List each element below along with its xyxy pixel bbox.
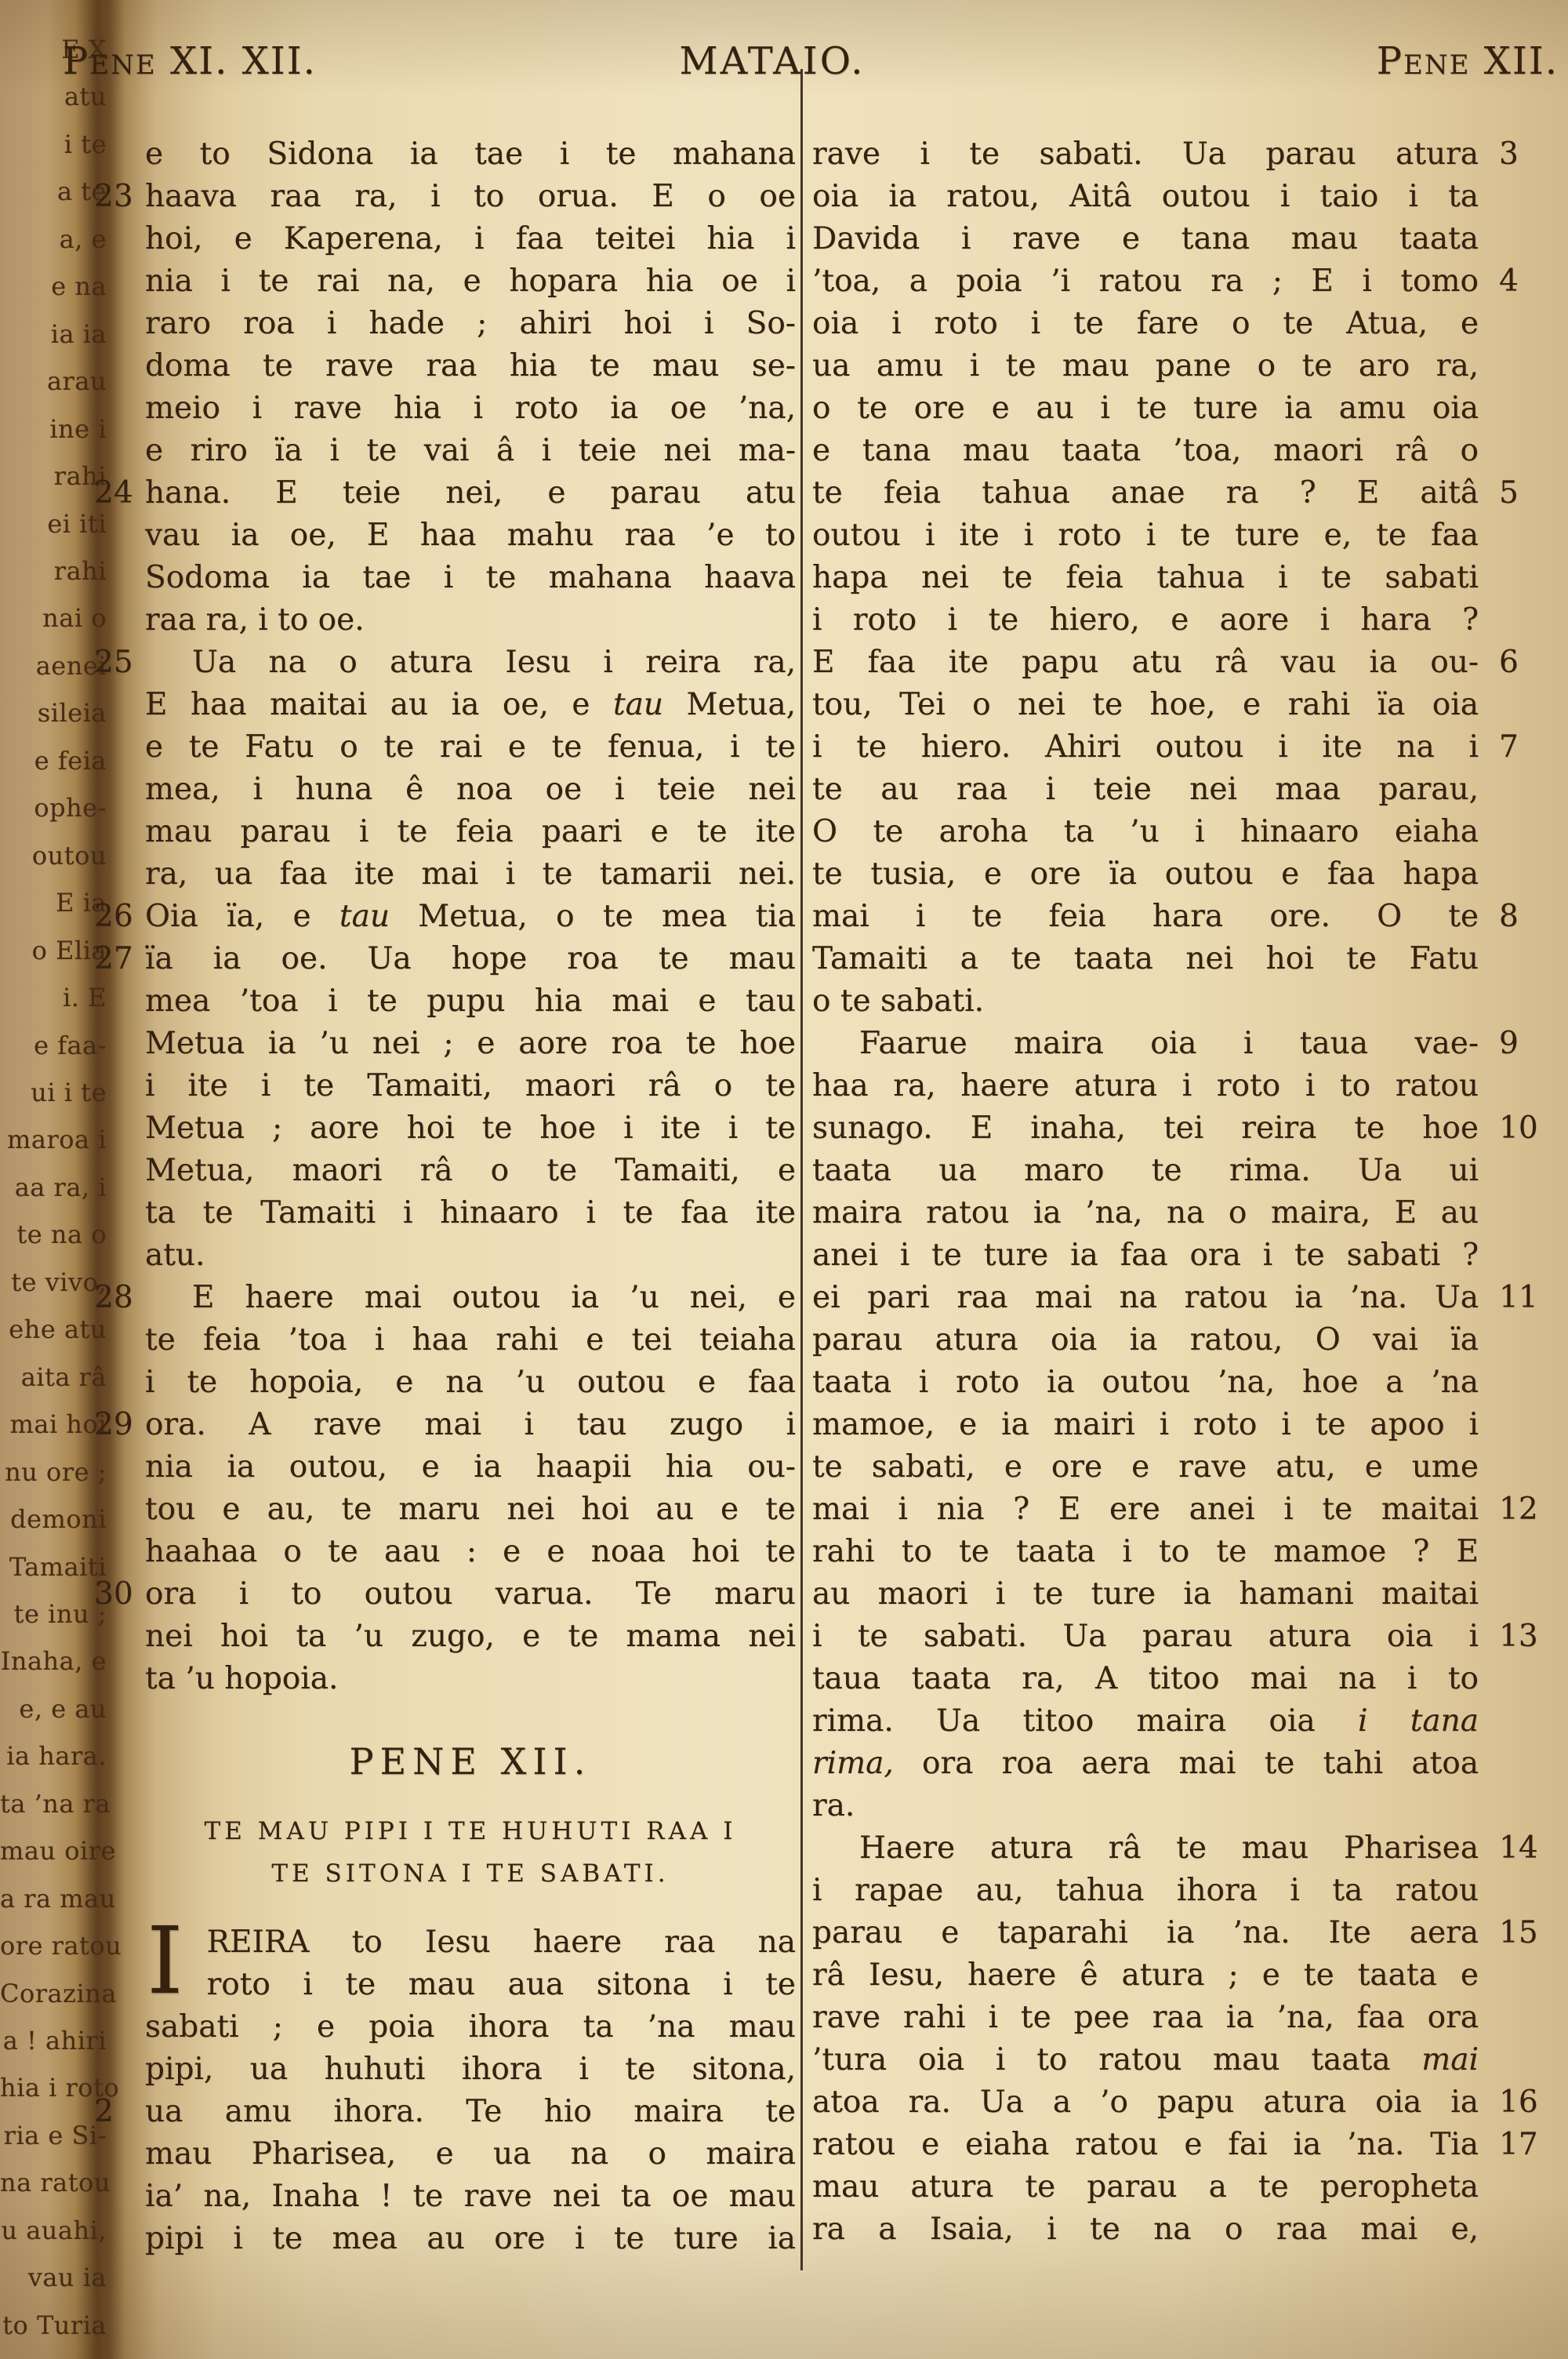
verse-number: 17: [1499, 2124, 1562, 2166]
verse-text: ratou e eiaha ratou e fai ia ’na. Tia: [812, 2127, 1479, 2162]
verse-line: nia ia outou, e ia haapii hia ou-: [145, 1446, 796, 1488]
verse-text: ua amu ihora. Te hio maira te: [145, 2094, 796, 2129]
running-head-center: MATAIO.: [0, 39, 1544, 83]
verse-text: ora i to outou varua. Te maru: [145, 1576, 796, 1612]
verse-number: 26: [94, 896, 133, 938]
verse-text: i ite i te Tamaiti, maori râ o te: [145, 1068, 796, 1103]
verse-number: 16: [1499, 2081, 1562, 2124]
verse-text: Metua,: [663, 687, 796, 722]
verse-number: 23: [94, 176, 133, 218]
verse-line: raro roa i hade ; ahiri hoi i So-: [145, 303, 796, 345]
verse-line: te feia ’toa i haa rahi e tei teiaha: [145, 1319, 796, 1361]
verse-line: Sodoma ia tae i te mahana haava: [145, 557, 796, 599]
verse-text: meio i rave hia i roto ia oe ’na,: [145, 391, 796, 426]
verse-text: sabati ; e poia ihora ta ’na mau: [145, 2009, 796, 2045]
facing-page-text-fragment: e, e au: [0, 1696, 119, 1722]
verse-text: vau ia oe, E haa mahu raa ’e to: [145, 518, 796, 553]
verse-number: 13: [1499, 1616, 1562, 1658]
verse-line: oia i roto i te fare o te Atua, e: [812, 303, 1479, 345]
verse-text: o te ore e au i te ture ia amu oia: [812, 391, 1479, 426]
verse-line: ra, ua faa ite mai i te tamarii nei.: [145, 853, 796, 896]
verse-text: raa ra, i to oe.: [145, 602, 365, 638]
facing-page-text-fragment: sileia: [0, 700, 119, 726]
verse-line: 12mai i nia ? E ere anei i te maitai: [812, 1488, 1479, 1531]
verse-text: atoa ra. Ua a ’o papu atura oia ia: [812, 2085, 1479, 2120]
verse-number: 29: [94, 1404, 133, 1446]
verse-text: ora. A rave mai i tau zugo i: [145, 1407, 796, 1442]
facing-page-text-fragment: ui i te: [0, 1079, 119, 1106]
verse-line: ua amu i te mau pane o te aro ra,: [812, 345, 1479, 387]
verse-line: Davida i rave e tana mau taata: [812, 218, 1479, 260]
verse-number: 9: [1499, 1023, 1562, 1065]
verse-line: meio i rave hia i roto ia oe ’na,: [145, 387, 796, 430]
verse-line: roto i te mau aua sitona i te: [145, 1964, 796, 2006]
right-column: 3rave i te sabati. Ua parau aturaoia ia …: [812, 133, 1479, 2251]
verse-text: Haere atura râ te mau Pharisea: [859, 1830, 1479, 1866]
facing-page-text-fragment: e feia: [0, 747, 119, 774]
verse-text: tou, Tei o nei te hoe, e rahi ïa oia: [812, 687, 1479, 722]
verse-line: 15parau e taparahi ia ’na. Ite aera: [812, 1912, 1479, 1954]
verse-text: mai i nia ? E ere anei i te maitai: [812, 1492, 1479, 1527]
facing-page-text-fragment: a ra mau: [0, 1885, 119, 1912]
verse-text: Ua na o atura Iesu i reira ra,: [192, 645, 796, 680]
facing-page-text-fragment: ia ia: [0, 321, 119, 347]
verse-line: 11ei pari raa mai na ratou ia ’na. Ua: [812, 1277, 1479, 1319]
verse-line: mea, i huna ê noa oe i teie nei: [145, 769, 796, 811]
book-page: E Xatui tea tea, ee naia iaarauine irahi…: [0, 0, 1568, 2359]
verse-line: hapa nei te feia tahua i te sabati: [812, 557, 1479, 599]
verse-line: 13i te sabati. Ua parau atura oia i: [812, 1616, 1479, 1658]
facing-page-text-fragment: i. E: [0, 984, 119, 1011]
verse-text: mai i te feia hara ore. O te: [812, 899, 1479, 934]
verse-line: o te sabati.: [812, 980, 1479, 1023]
verse-line: ra a Isaia, i te na o raa mai e,: [812, 2208, 1479, 2251]
verse-line: mau Pharisea, e ua na o maira: [145, 2133, 796, 2175]
verse-text: nia i te rai na, e hopara hia oe i: [145, 264, 796, 299]
verse-text: rave i te sabati. Ua parau atura: [812, 136, 1479, 172]
verse-text: E faa ite papu atu râ vau ia ou-: [812, 645, 1479, 680]
verse-text: te au raa i teie nei maa parau,: [812, 772, 1479, 807]
verse-text: mau Pharisea, e ua na o maira: [145, 2136, 796, 2172]
italic-text: tau: [339, 899, 390, 934]
verse-line: 28E haere mai outou ia ’u nei, e: [145, 1277, 796, 1319]
facing-page-text-fragment: na ratou: [0, 2169, 119, 2196]
verse-line: râ Iesu, haere ê atura ; e te taata e: [812, 1954, 1479, 1997]
verse-line: tou e au, te maru nei hoi au e te: [145, 1488, 796, 1531]
column-divider-rule: [800, 69, 803, 2270]
verse-number: 3: [1499, 133, 1562, 176]
verse-text: te tusia, e ore ïa outou e faa hapa: [812, 856, 1479, 892]
chapter-title: PENE XII.: [145, 1741, 796, 1782]
verse-text: i roto i te hiero, e aore i hara ?: [812, 602, 1479, 638]
verse-line: 16atoa ra. Ua a ’o papu atura oia ia: [812, 2081, 1479, 2124]
verse-text: taata i roto ia outou ’na, hoe a ’na: [812, 1365, 1479, 1400]
verse-number: 12: [1499, 1488, 1562, 1531]
verse-line: i rapae au, tahua ihora i ta ratou: [812, 1870, 1479, 1912]
verse-text: e te Fatu o te rai e te fenua, i te: [145, 729, 796, 765]
facing-page-text-fragment: mau oire: [0, 1837, 119, 1864]
facing-page-text-fragment: ine i: [0, 416, 119, 442]
verse-text: Metua, maori râ o te Tamaiti, e: [145, 1153, 796, 1188]
verse-text: ua amu i te mau pane o te aro ra,: [812, 348, 1479, 383]
verse-line: 6E faa ite papu atu râ vau ia ou-: [812, 642, 1479, 684]
verse-text: haa ra, haere atura i roto i to ratou: [812, 1068, 1479, 1103]
verse-line: rima, ora roa aera mai te tahi atoa: [812, 1743, 1479, 1785]
italic-text: tau: [613, 687, 663, 722]
verse-line: i ite i te Tamaiti, maori râ o te: [145, 1065, 796, 1107]
verse-number: 28: [94, 1277, 133, 1319]
verse-line: 2ua amu ihora. Te hio maira te: [145, 2091, 796, 2133]
verse-text: taua taata ra, A titoo mai na i to: [812, 1661, 1479, 1696]
verse-line: 4’toa, a poia ’i ratou ra ; E i tomo: [812, 260, 1479, 303]
verse-text: mamoe, e ia mairi i roto i te apoo i: [812, 1407, 1479, 1442]
verse-text: i te hiero. Ahiri outou i ite na i: [812, 729, 1479, 765]
verse-line: IREIRA to Iesu haere raa na: [145, 1921, 796, 1964]
verse-text: nia ia outou, e ia haapii hia ou-: [145, 1449, 796, 1485]
verse-line: mau parau i te feia paari e te ite: [145, 811, 796, 853]
verse-line: Metua ia ’u nei ; e aore roa te hoe: [145, 1023, 796, 1065]
verse-line: parau atura oia ia ratou, O vai ïa: [812, 1319, 1479, 1361]
verse-text: hoi, e Kaperena, i faa teitei hia i: [145, 221, 796, 256]
verse-text: Davida i rave e tana mau taata: [812, 221, 1479, 256]
verse-text: oia i roto i te fare o te Atua, e: [812, 306, 1479, 341]
verse-line: anei i te ture ia faa ora i te sabati ?: [812, 1234, 1479, 1277]
verse-line: 7i te hiero. Ahiri outou i ite na i: [812, 726, 1479, 769]
verse-number: 7: [1499, 726, 1562, 769]
verse-text: e to Sidona ia tae i te mahana: [145, 136, 796, 172]
facing-page-text-fragment: te na o: [0, 1221, 119, 1248]
verse-number: 4: [1499, 260, 1562, 303]
verse-text: ra.: [812, 1788, 855, 1823]
verse-line: nei hoi ta ’u zugo, e te mama nei: [145, 1616, 796, 1658]
verse-text: REIRA to Iesu haere raa na: [207, 1925, 796, 1960]
verse-line: 5te feia tahua anae ra ? E aitâ: [812, 472, 1479, 514]
verse-text: ei pari raa mai na ratou ia ’na. Ua: [812, 1280, 1479, 1315]
verse-line: Tamaiti a te taata nei hoi te Fatu: [812, 938, 1479, 980]
verse-text: Sodoma ia tae i te mahana haava: [145, 560, 796, 595]
verse-text: haahaa o te aau : e e noaa hoi te: [145, 1534, 796, 1569]
chapter-heading-block: PENE XII. TE MAU PIPI I TE HUHUTI RAA I …: [145, 1741, 796, 1895]
verse-number: 15: [1499, 1912, 1562, 1954]
verse-line: 23haava raa ra, i to orua. E o oe: [145, 176, 796, 218]
verse-text: rima. Ua titoo maira oia: [812, 1703, 1358, 1739]
italic-text: rima,: [812, 1746, 894, 1781]
verse-line: 30ora i to outou varua. Te maru: [145, 1573, 796, 1616]
verse-line: o te ore e au i te ture ia amu oia: [812, 387, 1479, 430]
verse-text: Metua ia ’u nei ; e aore roa te hoe: [145, 1026, 796, 1061]
italic-text: mai: [1421, 2042, 1479, 2077]
verse-line: outou i ite i roto i te ture e, te faa: [812, 514, 1479, 557]
verse-line: Metua ; aore hoi te hoe i ite i te: [145, 1107, 796, 1150]
verse-text: ’tura oia i to ratou mau taata: [812, 2042, 1421, 2077]
facing-page-text-fragment: Inaha, e: [0, 1648, 119, 1674]
verse-line: e tana mau taata ’toa, maori râ o: [812, 430, 1479, 472]
verse-line: haa ra, haere atura i roto i to ratou: [812, 1065, 1479, 1107]
facing-page-text-fragment: outou: [0, 842, 119, 869]
verse-number: 8: [1499, 896, 1562, 938]
verse-text: ia’ na, Inaha ! te rave nei ta oe mau: [145, 2179, 796, 2214]
verse-line: rave rahi i te pee raa ia ’na, faa ora: [812, 1997, 1479, 2039]
verse-text: Metua ; aore hoi te hoe i ite i te: [145, 1110, 796, 1146]
verse-text: taata ua maro te rima. Ua ui: [812, 1153, 1479, 1188]
facing-page-text-fragment: ophe-: [0, 794, 119, 821]
facing-page-text-fragment: rahi: [0, 558, 119, 584]
verse-text: hapa nei te feia tahua i te sabati: [812, 560, 1479, 595]
verse-text: râ Iesu, haere ê atura ; e te taata e: [812, 1957, 1479, 1993]
facing-page-text-fragment: nai o: [0, 605, 119, 631]
verse-line: mamoe, e ia mairi i roto i te apoo i: [812, 1404, 1479, 1446]
facing-page-text-fragment: ore ratou: [0, 1932, 119, 1959]
verse-line: maira ratou ia ’na, na o maira, E au: [812, 1192, 1479, 1234]
verse-line: Metua, maori râ o te Tamaiti, e: [145, 1150, 796, 1192]
verse-text: rahi to te taata i to te mamoe ? E: [812, 1534, 1479, 1569]
verse-line: e riro ïa i te vai â i teie nei ma-: [145, 430, 796, 472]
verse-line: oia ia ratou, Aitâ outou i taio i ta: [812, 176, 1479, 218]
verse-number: 5: [1499, 472, 1562, 514]
verse-text: te sabati, e ore e rave atu, e ume: [812, 1449, 1479, 1485]
verse-text: E haere mai outou ia ’u nei, e: [192, 1280, 796, 1315]
verse-text: roto i te mau aua sitona i te: [207, 1967, 796, 2002]
verse-text: mea, i huna ê noa oe i teie nei: [145, 772, 796, 807]
verse-line: E haa maitai au ia oe, e tau Metua,: [145, 684, 796, 726]
verse-text: parau e taparahi ia ’na. Ite aera: [812, 1915, 1479, 1950]
left-column-verses-bottom: IREIRA to Iesu haere raa naroto i te mau…: [145, 1921, 796, 2260]
verse-text: atu.: [145, 1238, 205, 1273]
verse-line: tou, Tei o nei te hoe, e rahi ïa oia: [812, 684, 1479, 726]
facing-page-text-fragment: i te: [0, 131, 119, 158]
verse-line: O te aroha ta ’u i hinaaro eiaha: [812, 811, 1479, 853]
verse-line: e te Fatu o te rai e te fenua, i te: [145, 726, 796, 769]
verse-number: 10: [1499, 1107, 1562, 1150]
verse-text: nei hoi ta ’u zugo, e te mama nei: [145, 1619, 796, 1654]
verse-text: ta ’u hopoia.: [145, 1661, 338, 1696]
verse-text: parau atura oia ia ratou, O vai ïa: [812, 1322, 1479, 1358]
facing-page-text-fragment: maroa i: [0, 1126, 119, 1153]
verse-text: mau parau i te feia paari e te ite: [145, 814, 796, 849]
facing-page-text-fragment: ia hara.: [0, 1743, 119, 1769]
verse-line: te sabati, e ore e rave atu, e ume: [812, 1446, 1479, 1488]
running-head: Pene XI. XII. MATAIO. Pene XII.: [0, 39, 1568, 88]
verse-line: rahi to te taata i to te mamoe ? E: [812, 1531, 1479, 1573]
verse-text: ta te Tamaiti i hinaaro i te faa ite: [145, 1195, 796, 1230]
verse-line: 10sunago. E inaha, tei reira te hoe: [812, 1107, 1479, 1150]
facing-page-edge: E Xatui tea tea, ee naia iaarauine irahi…: [0, 0, 119, 2359]
verse-line: mau atura te parau a te peropheta: [812, 2166, 1479, 2208]
verse-text: i rapae au, tahua ihora i ta ratou: [812, 1873, 1479, 1908]
verse-line: rima. Ua titoo maira oia i tana: [812, 1700, 1479, 1743]
verse-text: Oia ïa, e: [145, 899, 339, 934]
verse-text: au maori i te ture ia hamani maitai: [812, 1576, 1479, 1612]
verse-text: anei i te ture ia faa ora i te sabati ?: [812, 1238, 1479, 1273]
italic-text: i tana: [1358, 1703, 1479, 1739]
verse-line: taata i roto ia outou ’na, hoe a ’na: [812, 1361, 1479, 1404]
facing-page-text-fragment: Corazina: [0, 1980, 119, 2007]
verse-text: hana. E teie nei, e parau atu: [145, 475, 796, 511]
facing-page-text-fragment: u auahi,: [0, 2217, 119, 2244]
facing-page-text-fragment: arau: [0, 368, 119, 394]
verse-line: ra.: [812, 1785, 1479, 1827]
verse-text: o te sabati.: [812, 983, 984, 1019]
verse-line: i roto i te hiero, e aore i hara ?: [812, 599, 1479, 642]
verse-text: te feia tahua anae ra ? E aitâ: [812, 475, 1479, 511]
verse-text: mau atura te parau a te peropheta: [812, 2169, 1479, 2205]
verse-text: mea ’toa i te pupu hia mai e tau: [145, 983, 796, 1019]
verse-line: i te hopoia, e na ’u outou e faa: [145, 1361, 796, 1404]
facing-page-text-fragment: aita râ: [0, 1364, 119, 1390]
verse-text: te feia ’toa i haa rahi e tei teiaha: [145, 1322, 796, 1358]
verse-text: sunago. E inaha, tei reira te hoe: [812, 1110, 1479, 1146]
verse-line: 8mai i te feia hara ore. O te: [812, 896, 1479, 938]
verse-line: mea ’toa i te pupu hia mai e tau: [145, 980, 796, 1023]
verse-line: haahaa o te aau : e e noaa hoi te: [145, 1531, 796, 1573]
verse-number: 24: [94, 472, 133, 514]
verse-text: raro roa i hade ; ahiri hoi i So-: [145, 306, 796, 341]
verse-line: 24hana. E teie nei, e parau atu: [145, 472, 796, 514]
verse-line: taata ua maro te rima. Ua ui: [812, 1150, 1479, 1192]
running-head-right: Pene XII.: [1377, 39, 1559, 83]
facing-page-text-fragment: ta ’na ra: [0, 1790, 119, 1817]
verse-text: maira ratou ia ’na, na o maira, E au: [812, 1195, 1479, 1230]
verse-line: 3rave i te sabati. Ua parau atura: [812, 133, 1479, 176]
verse-text: outou i ite i roto i te ture e, te faa: [812, 518, 1479, 553]
facing-page-text-fragment: nu ore ;: [0, 1459, 119, 1485]
verse-line: ta te Tamaiti i hinaaro i te faa ite: [145, 1192, 796, 1234]
verse-number: 6: [1499, 642, 1562, 684]
facing-page-text-fragment: demoni: [0, 1506, 119, 1532]
verse-line: 14Haere atura râ te mau Pharisea: [812, 1827, 1479, 1870]
verse-line: doma te rave raa hia te mau se-: [145, 345, 796, 387]
verse-number: 27: [94, 938, 133, 980]
facing-page-text-fragment: a ! ahiri: [0, 2027, 119, 2054]
verse-line: nia i te rai na, e hopara hia oe i: [145, 260, 796, 303]
verse-text: ’toa, a poia ’i ratou ra ; E i tomo: [812, 264, 1479, 299]
verse-text: ra a Isaia, i te na o raa mai e,: [812, 2212, 1479, 2247]
verse-text: pipi, ua huhuti ihora i te sitona,: [145, 2052, 796, 2087]
verse-line: 27ïa ia oe. Ua hope roa te mau: [145, 938, 796, 980]
verse-text: Tamaiti a te taata nei hoi te Fatu: [812, 941, 1479, 976]
verse-text: rave rahi i te pee raa ia ’na, faa ora: [812, 2000, 1479, 2035]
verse-line: taua taata ra, A titoo mai na i to: [812, 1658, 1479, 1700]
left-column-verses-top: e to Sidona ia tae i te mahana23haava ra…: [145, 133, 796, 1700]
verse-text: O te aroha ta ’u i hinaaro eiaha: [812, 814, 1479, 849]
verse-text: ra, ua faa ite mai i te tamarii nei.: [145, 856, 796, 892]
verse-line: raa ra, i to oe.: [145, 599, 796, 642]
verse-text: pipi i te mea au ore i te ture ia: [145, 2221, 796, 2256]
verse-text: haava raa ra, i to orua. E o oe: [145, 179, 796, 214]
verse-line: vau ia oe, E haa mahu raa ’e to: [145, 514, 796, 557]
verse-line: pipi, ua huhuti ihora i te sitona,: [145, 2048, 796, 2091]
verse-line: 26Oia ïa, e tau Metua, o te mea tia: [145, 896, 796, 938]
facing-page-text-fragment: ehe atu: [0, 1316, 119, 1343]
verse-text: Metua, o te mea tia: [390, 899, 796, 934]
left-column: e to Sidona ia tae i te mahana23haava ra…: [145, 133, 796, 2260]
facing-page-text-fragment: a, e: [0, 226, 119, 253]
verse-line: ia’ na, Inaha ! te rave nei ta oe mau: [145, 2175, 796, 2218]
verse-line: 9Faarue maira oia i taua vae-: [812, 1023, 1479, 1065]
chapter-subtitle-line2: TE SITONA I TE SABATI.: [145, 1852, 796, 1895]
facing-page-text-fragment: e na: [0, 273, 119, 300]
verse-line: e to Sidona ia tae i te mahana: [145, 133, 796, 176]
verse-text: E haa maitai au ia oe, e: [145, 687, 613, 722]
verse-line: ta ’u hopoia.: [145, 1658, 796, 1700]
verse-number: 30: [94, 1573, 133, 1616]
facing-page-text-fragment: to Turia: [0, 2312, 119, 2339]
facing-page-text-fragment: vau ia: [0, 2264, 119, 2291]
verse-line: te tusia, e ore ïa outou e faa hapa: [812, 853, 1479, 896]
verse-line: ’tura oia i to ratou mau taata mai: [812, 2039, 1479, 2081]
verse-text: i te sabati. Ua parau atura oia i: [812, 1619, 1479, 1654]
verse-number: 11: [1499, 1277, 1562, 1319]
verse-line: au maori i te ture ia hamani maitai: [812, 1573, 1479, 1616]
verse-number: 14: [1499, 1827, 1562, 1870]
verse-text: e tana mau taata ’toa, maori râ o: [812, 433, 1479, 468]
verse-number: 25: [94, 642, 133, 684]
facing-page-text-fragment: e faa-: [0, 1032, 119, 1059]
verse-text: i te hopoia, e na ’u outou e faa: [145, 1365, 796, 1400]
verse-text: Faarue maira oia i taua vae-: [859, 1026, 1479, 1061]
facing-page-text-fragment: aa ra, i: [0, 1174, 119, 1201]
verse-line: 25Ua na o atura Iesu i reira ra,: [145, 642, 796, 684]
verse-text: ora roa aera mai te tahi atoa: [894, 1746, 1479, 1781]
chapter-subtitle-line1: TE MAU PIPI I TE HUHUTI RAA I: [145, 1810, 796, 1852]
verse-text: ïa ia oe. Ua hope roa te mau: [145, 941, 796, 976]
verse-line: te au raa i teie nei maa parau,: [812, 769, 1479, 811]
verse-line: pipi i te mea au ore i te ture ia: [145, 2218, 796, 2260]
verse-line: atu.: [145, 1234, 796, 1277]
verse-line: 29ora. A rave mai i tau zugo i: [145, 1404, 796, 1446]
verse-text: doma te rave raa hia te mau se-: [145, 348, 796, 383]
verse-line: hoi, e Kaperena, i faa teitei hia i: [145, 218, 796, 260]
verse-text: oia ia ratou, Aitâ outou i taio i ta: [812, 179, 1479, 214]
verse-number: 2: [94, 2091, 133, 2133]
verse-line: sabati ; e poia ihora ta ’na mau: [145, 2006, 796, 2048]
verse-text: e riro ïa i te vai â i teie nei ma-: [145, 433, 796, 468]
verse-line: 17ratou e eiaha ratou e fai ia ’na. Tia: [812, 2124, 1479, 2166]
verse-text: tou e au, te maru nei hoi au e te: [145, 1492, 796, 1527]
